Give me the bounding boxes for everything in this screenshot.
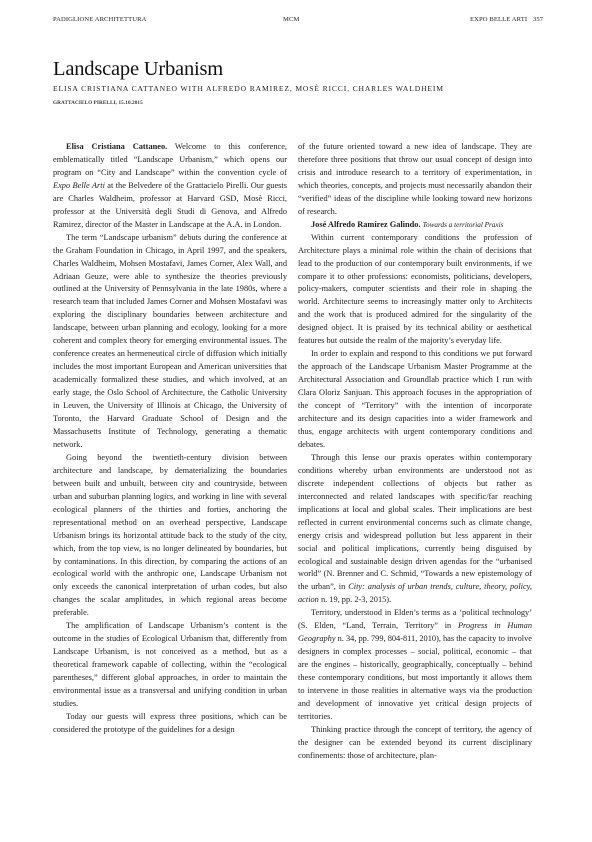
event-name: Expo Belle Arti [53, 181, 105, 190]
article-authors: Elisa Cristiana Cattaneo with Alfredo Ra… [53, 84, 444, 93]
paragraph: Today our guests will express three posi… [53, 711, 287, 737]
body-column-left: Elisa Cristiana Cattaneo. Welcome to thi… [53, 141, 287, 737]
paragraph: The term “Landscape urbanism” debuts dur… [53, 232, 287, 452]
speaker-name: Elisa Cristiana Cattaneo. [66, 142, 167, 151]
running-head-section: PADIGLIONE ARCHITETTURA [53, 16, 146, 23]
paragraph: Within current contemporary conditions t… [298, 232, 532, 349]
body-column-right: of the future oriented toward a new idea… [298, 141, 532, 763]
paragraph: In order to explain and respond to this … [298, 348, 532, 452]
paragraph: Elisa Cristiana Cattaneo. Welcome to thi… [53, 141, 287, 232]
paragraph: of the future oriented toward a new idea… [298, 141, 532, 219]
paragraph: The amplification of Landscape Urbanism’… [53, 620, 287, 711]
article-venue-date: GRATTACIELO PIRELLI, 15.10.2015 [53, 100, 143, 106]
paragraph: Thinking practice through the concept of… [298, 724, 532, 763]
article-title: Landscape Urbanism [53, 58, 223, 81]
paragraph: Going beyond the twentieth-century divis… [53, 452, 287, 620]
paragraph: Territory, understood in Elden’s terms a… [298, 607, 532, 724]
running-head-center: MCM [283, 16, 299, 23]
section-subheading: José Alfredo Ramírez Galindo. Towards a … [298, 219, 532, 232]
page-number: 357 [533, 16, 543, 23]
paragraph: Through this lense our praxis operates w… [298, 452, 532, 607]
talk-title: Towards a territorial Praxis [423, 221, 504, 229]
running-head: PADIGLIONE ARCHITETTURA MCM EXPO BELLE A… [53, 16, 541, 28]
speaker-name: José Alfredo Ramírez Galindo. [311, 220, 421, 229]
running-head-right: EXPO BELLE ARTI [470, 16, 527, 23]
